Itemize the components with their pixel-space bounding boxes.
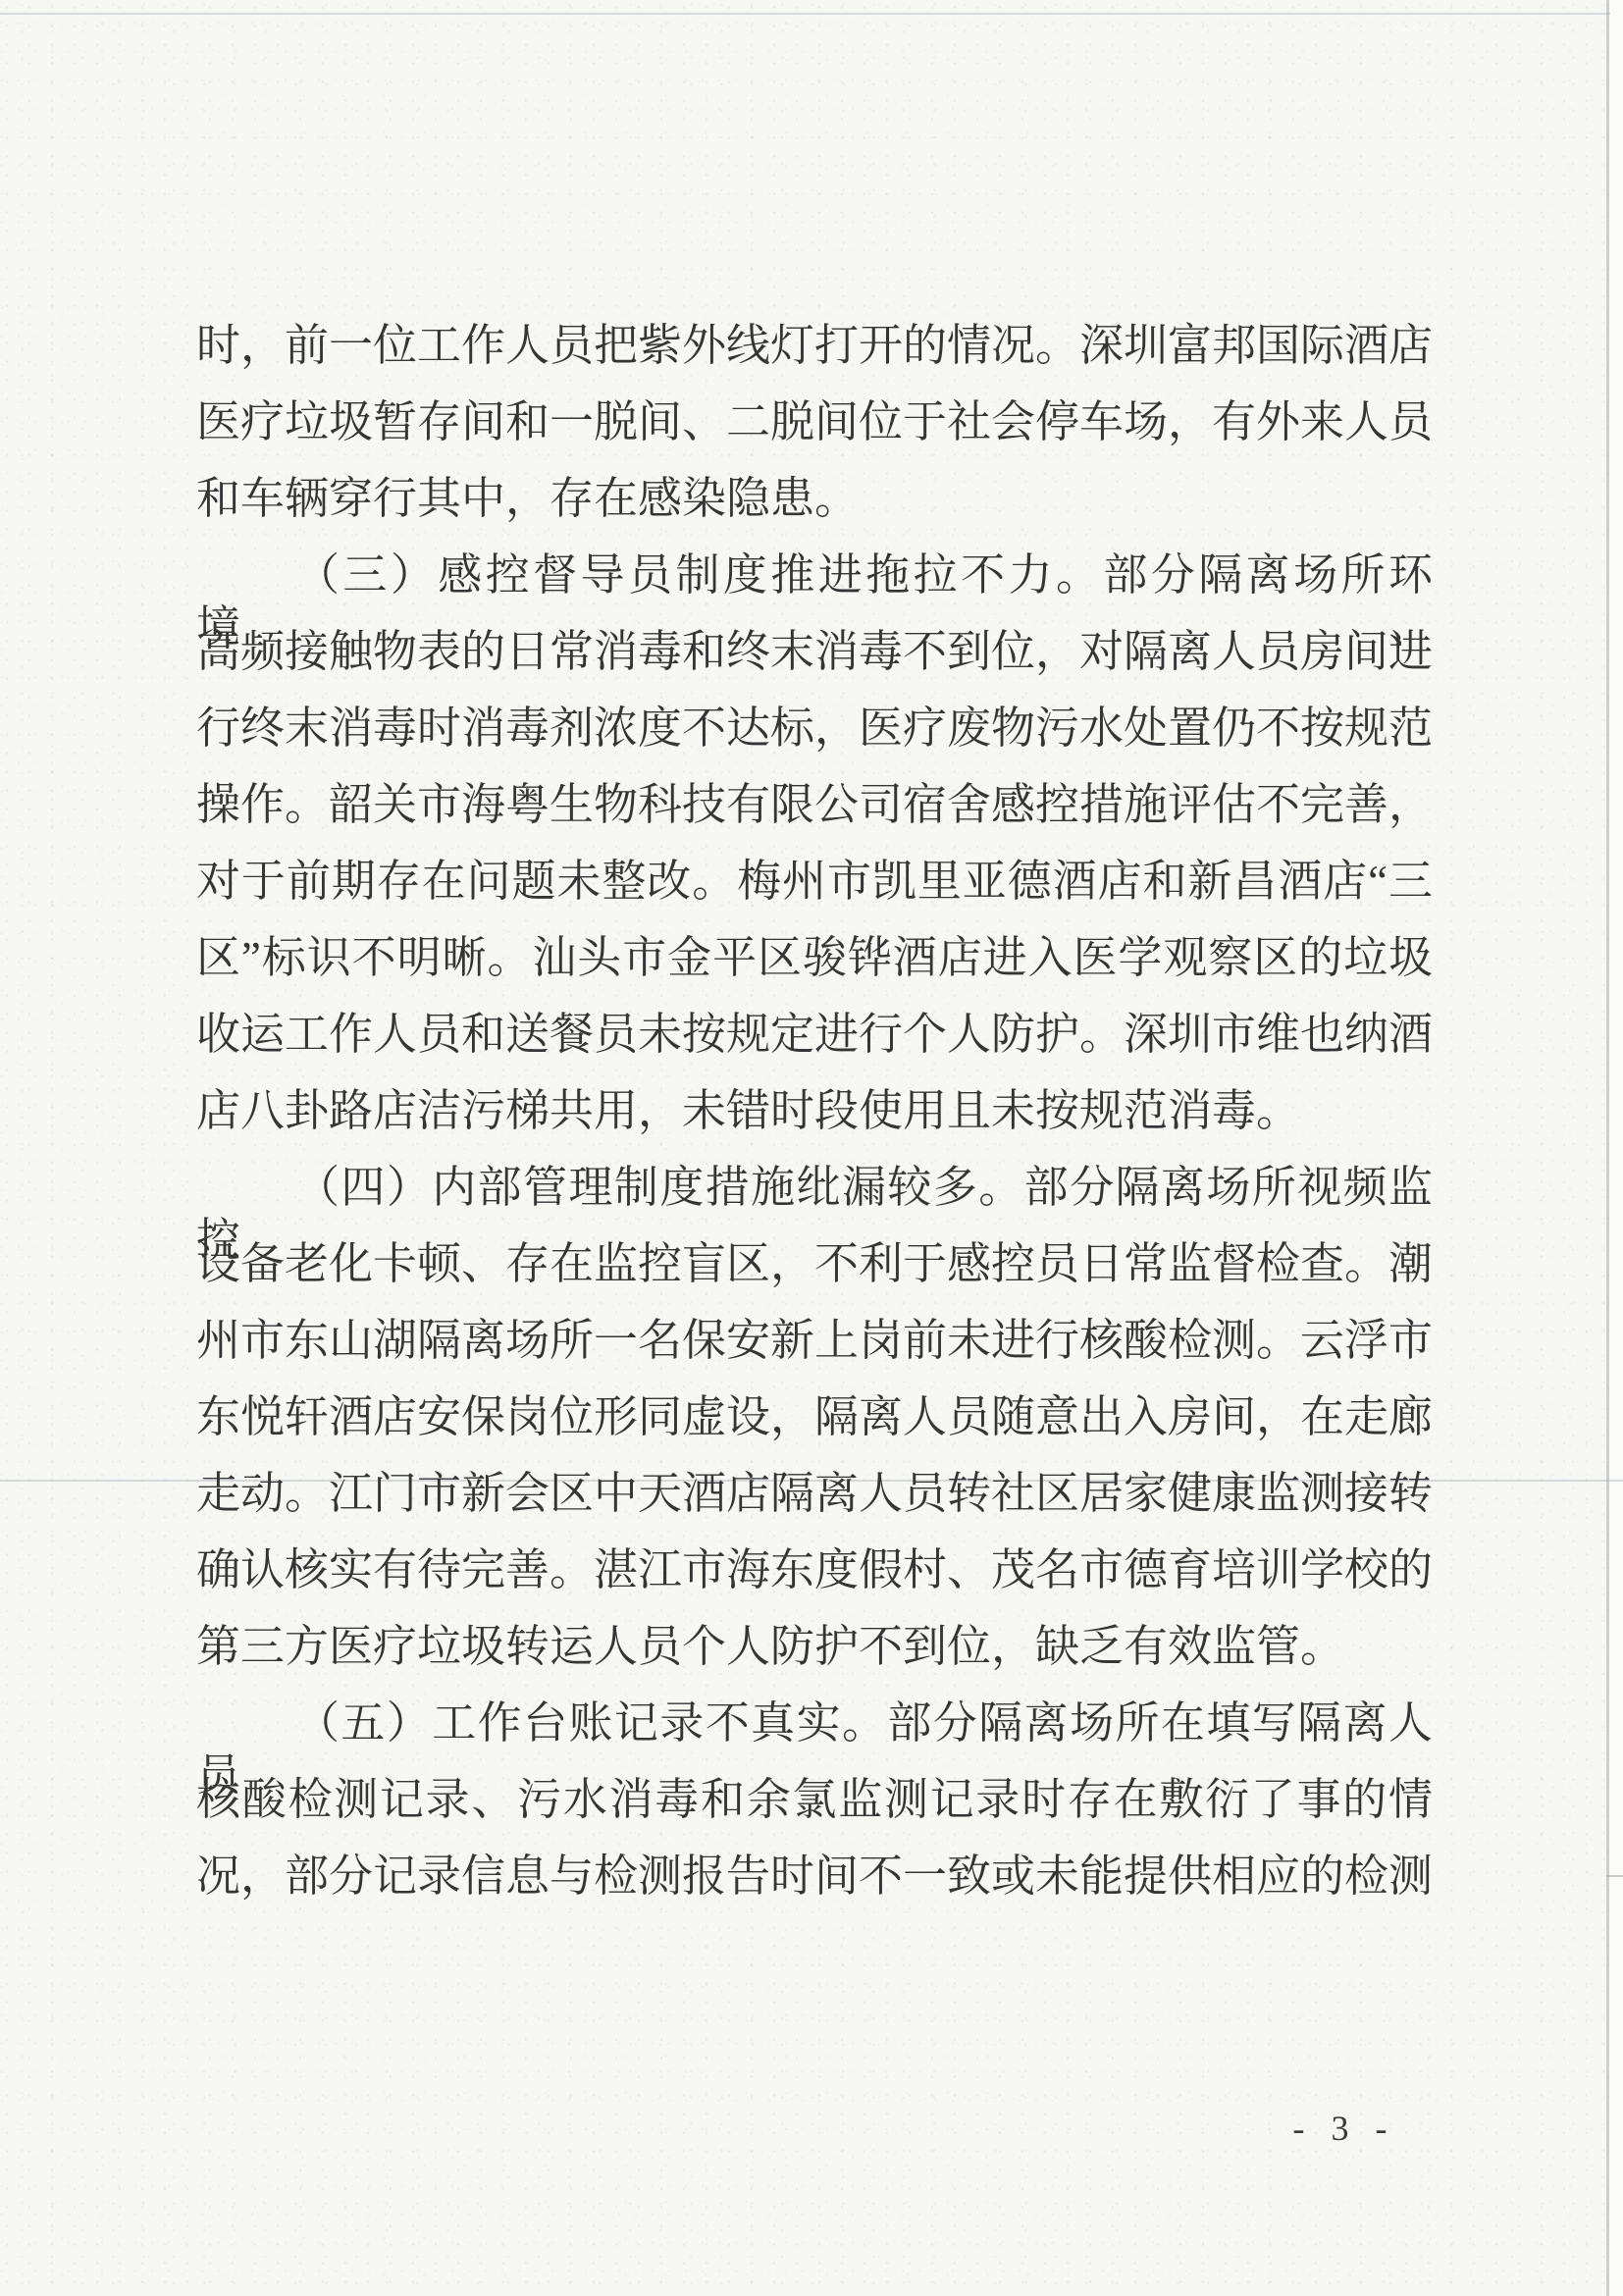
- document-line: 操作。韶关市海粤生物科技有限公司宿舍感控措施评估不完善，: [196, 779, 1433, 831]
- scan-artifact-tick-right: [1606, 1875, 1623, 1877]
- scan-artifact-line-right: [1606, 0, 1609, 2296]
- document-line: 区”标识不明晰。汕头市金平区骏铧酒店进入医学观察区的垃圾: [196, 932, 1433, 984]
- document-line: 店八卦路店洁污梯共用，未错时段使用且未按规范消毒。: [196, 1085, 1433, 1137]
- document-line: 况，部分记录信息与检测报告时间不一致或未能提供相应的检测: [196, 1851, 1433, 1903]
- document-line: 州市东山湖隔离场所一名保安新上岗前未进行核酸检测。云浮市: [196, 1315, 1433, 1367]
- document-line: 东悦轩酒店安保岗位形同虚设，隔离人员随意出入房间，在走廊: [196, 1391, 1433, 1443]
- page-number: - 3 -: [1276, 2108, 1413, 2149]
- document-line: 行终末消毒时消毒剂浓度不达标，医疗废物污水处置仍不按规范: [196, 703, 1433, 755]
- document-line: 高频接触物表的日常消毒和终末消毒不到位，对隔离人员房间进: [196, 626, 1433, 678]
- document-line: 和车辆穿行其中，存在感染隐患。: [196, 473, 1433, 525]
- document-line: 设备老化卡顿、存在监控盲区，不利于感控员日常监督检查。潮: [196, 1238, 1433, 1290]
- document-line: 确认核实有待完善。湛江市海东度假村、茂名市德育培训学校的: [196, 1544, 1433, 1596]
- document-line: 走动。江门市新会区中天酒店隔离人员转社区居家健康监测接转: [196, 1468, 1433, 1520]
- document-line: 收运工作人员和送餐员未按规定进行个人防护。深圳市维也纳酒: [196, 1009, 1433, 1061]
- document-line: 对于前期存在问题未整改。梅州市凯里亚德酒店和新昌酒店“三: [196, 856, 1433, 908]
- document-line: 时，前一位工作人员把紫外线灯打开的情况。深圳富邦国际酒店: [196, 320, 1433, 372]
- document-page: 时，前一位工作人员把紫外线灯打开的情况。深圳富邦国际酒店 医疗垃圾暂存间和一脱间…: [0, 0, 1623, 2296]
- scan-edge-strip: [1609, 0, 1623, 2296]
- document-line: 第三方医疗垃圾转运人员个人防护不到位，缺乏有效监管。: [196, 1621, 1433, 1673]
- document-line: 医疗垃圾暂存间和一脱间、二脱间位于社会停车场，有外来人员: [196, 396, 1433, 448]
- scan-artifact-line-top: [0, 13, 1610, 15]
- document-line: 核酸检测记录、污水消毒和余氯监测记录时存在敷衍了事的情: [196, 1774, 1433, 1826]
